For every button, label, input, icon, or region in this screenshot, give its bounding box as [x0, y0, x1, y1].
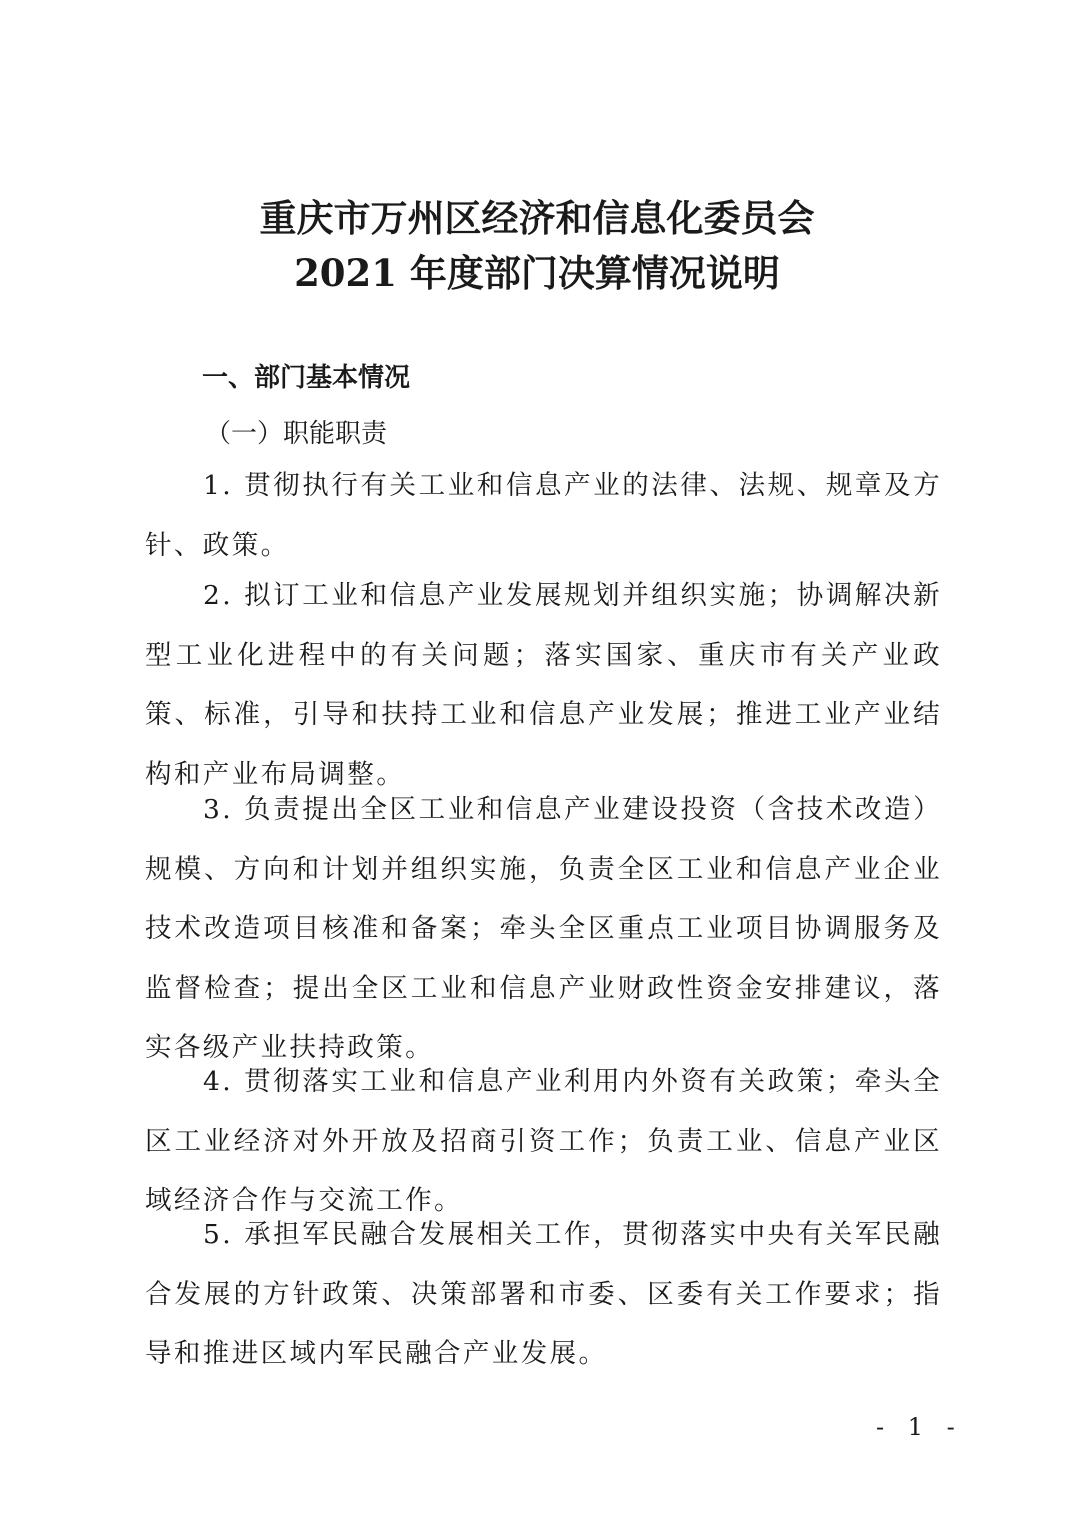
page-number: - 1 - [876, 1413, 963, 1441]
paragraph-duty-1: 1. 贯彻执行有关工业和信息产业的法律、法规、规章及方针、政策。 [145, 456, 942, 575]
paragraph-duty-4: 4. 贯彻落实工业和信息产业利用内外资有关政策；牵头全区工业经济对外开放及招商引… [145, 1052, 942, 1231]
section-heading: 一、部门基本情况 [202, 357, 410, 394]
document-title-line-2: 2021 年度部门决算情况说明 [0, 243, 1074, 297]
subsection-heading: （一）职能职责 [205, 413, 387, 450]
paragraph-duty-3: 3. 负责提出全区工业和信息产业建设投资（含技术改造）规模、方向和计划并组织实施… [145, 780, 942, 1078]
paragraph-duty-2: 2. 拟订工业和信息产业发展规划并组织实施；协调解决新型工业化进程中的有关问题；… [145, 566, 942, 804]
paragraph-duty-5: 5. 承担军民融合发展相关工作，贯彻落实中央有关军民融合发展的方针政策、决策部署… [145, 1205, 942, 1384]
document-title-line-1: 重庆市万州区经济和信息化委员会 [0, 188, 1074, 242]
